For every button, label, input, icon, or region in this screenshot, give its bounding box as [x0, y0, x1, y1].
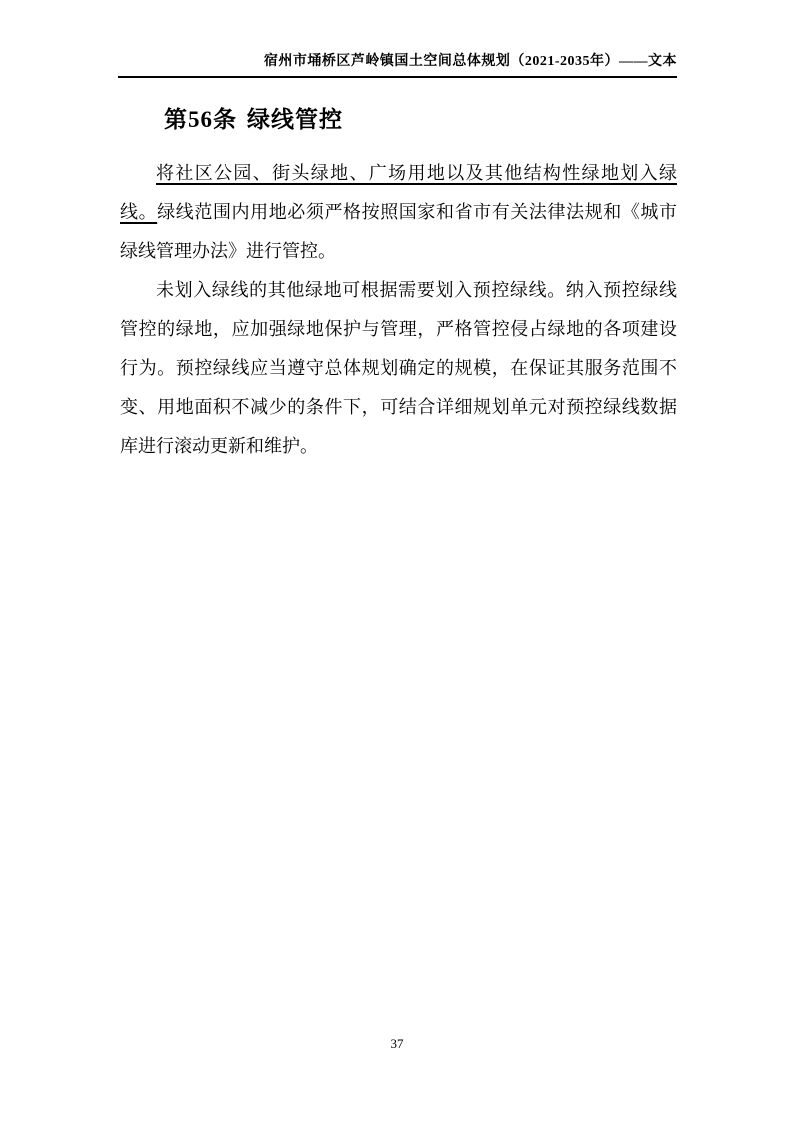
article-number: 第56条: [164, 107, 237, 132]
document-page: 宿州市埇桥区芦岭镇国土空间总体规划（2021-2035年）——文本 第56条绿线…: [0, 0, 794, 1123]
article-title: 绿线管控: [247, 107, 343, 132]
paragraph-1-rest: 绿线范围内用地必须严格按照国家和省市有关法律法规和《城市绿线管理办法》进行管控。: [120, 202, 677, 261]
article-heading: 第56条绿线管控: [164, 105, 343, 135]
header-title: 宿州市埇桥区芦岭镇国土空间总体规划（2021-2035年）——文本: [264, 54, 677, 69]
page-header: 宿州市埇桥区芦岭镇国土空间总体规划（2021-2035年）——文本: [118, 52, 677, 78]
paragraph-1: 将社区公园、街头绿地、广场用地以及其他结构性绿地划入绿线。绿线范围内用地必须严格…: [120, 154, 677, 271]
page-number: 37: [391, 1036, 404, 1051]
page-footer: 37: [0, 1035, 794, 1053]
document-body: 将社区公园、街头绿地、广场用地以及其他结构性绿地划入绿线。绿线范围内用地必须严格…: [120, 154, 677, 466]
paragraph-2: 未划入绿线的其他绿地可根据需要划入预控绿线。纳入预控绿线管控的绿地，应加强绿地保…: [120, 271, 677, 466]
